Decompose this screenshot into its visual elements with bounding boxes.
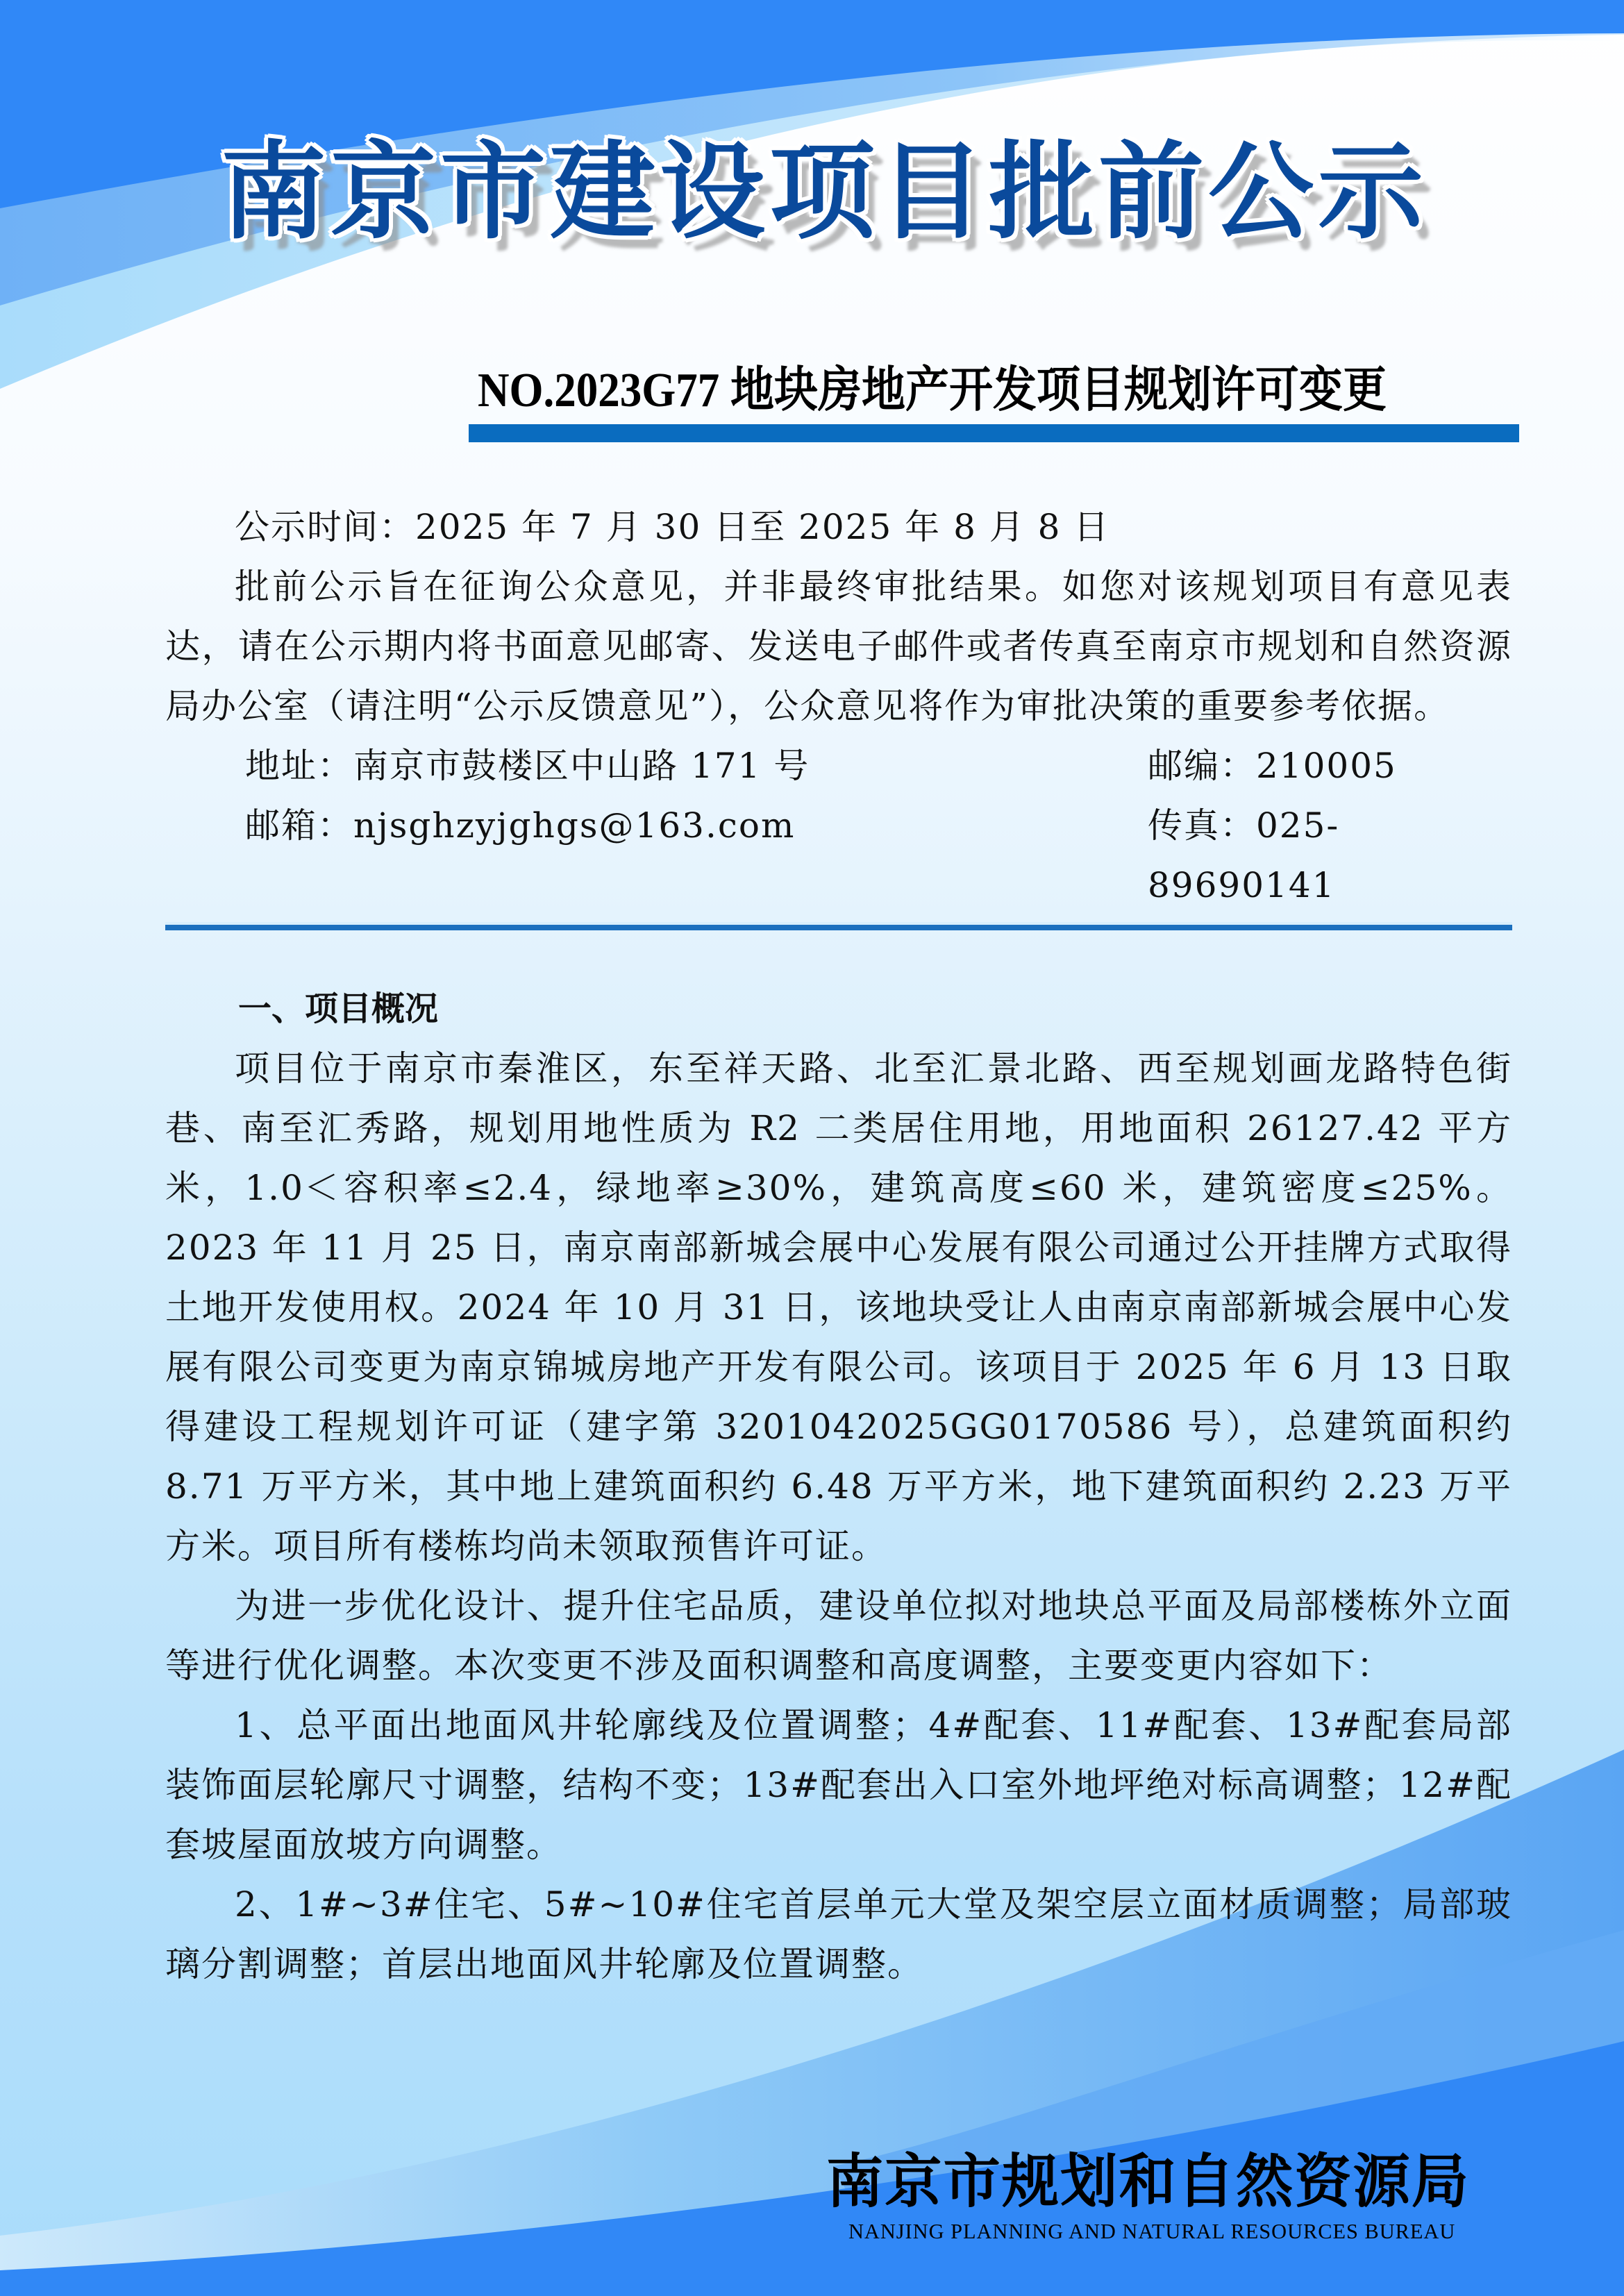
project-subtitle: NO.2023G77 地块房地产开发项目规划许可变更 — [478, 367, 1387, 415]
section-heading-overview: 一、项目概况 — [165, 979, 1512, 1039]
address-value: 南京市鼓楼区中山路 171 号 — [353, 746, 810, 786]
email-label: 邮箱： — [245, 805, 353, 846]
section-divider — [165, 925, 1512, 930]
address-field: 地址：南京市鼓楼区中山路 171 号 — [245, 736, 810, 796]
notice-body: 公示时间：2025 年 7 月 30 日至 2025 年 8 月 8 日 批前公… — [165, 497, 1512, 1994]
address-label: 地址： — [245, 746, 353, 786]
email-field: 邮箱：njsghzyjghgs@163.com — [245, 796, 795, 915]
email-value[interactable]: njsghzyjghgs@163.com — [353, 805, 795, 846]
change-intro-paragraph: 为进一步优化设计、提升住宅品质，建设单位拟对地块总平面及局部楼栋外立面等进行优化… — [165, 1576, 1512, 1695]
notice-period: 公示时间：2025 年 7 月 30 日至 2025 年 8 月 8 日 — [165, 497, 1512, 557]
change-item-2: 2、1#~3#住宅、5#~10#住宅首层单元大堂及架空层立面材质调整；局部玻璃分… — [165, 1875, 1512, 1994]
overview-paragraph: 项目位于南京市秦淮区，东至祥天路、北至汇景北路、西至规划画龙路特色街巷、南至汇秀… — [165, 1039, 1512, 1576]
subtitle-underline-bar — [469, 424, 1519, 442]
document-page: 南京市建设项目批前公示 NO.2023G77 地块房地产开发项目规划许可变更 公… — [0, 0, 1624, 2296]
postcode-label: 邮编： — [1148, 746, 1256, 786]
footer-org-name-cn: 南京市规划和自然资源局 — [826, 2152, 1470, 2211]
page-title: 南京市建设项目批前公示 — [221, 139, 1443, 244]
fax-field: 传真：025-89690141 — [1148, 796, 1512, 915]
contact-row-email: 邮箱：njsghzyjghgs@163.com 传真：025-89690141 — [165, 796, 1512, 915]
fax-label: 传真： — [1148, 805, 1256, 846]
notice-intro: 批前公示旨在征询公众意见，并非最终审批结果。如您对该规划项目有意见表达，请在公示… — [165, 557, 1512, 736]
contact-row-address: 地址：南京市鼓楼区中山路 171 号 邮编：210005 — [165, 736, 1512, 796]
postcode-field: 邮编：210005 — [1148, 736, 1512, 796]
footer-org-name-en: NANJING PLANNING AND NATURAL RESOURCES B… — [848, 2220, 1455, 2242]
postcode-value: 210005 — [1256, 746, 1397, 786]
change-item-1: 1、总平面出地面风井轮廓线及位置调整；4#配套、11#配套、13#配套局部装饰面… — [165, 1695, 1512, 1875]
